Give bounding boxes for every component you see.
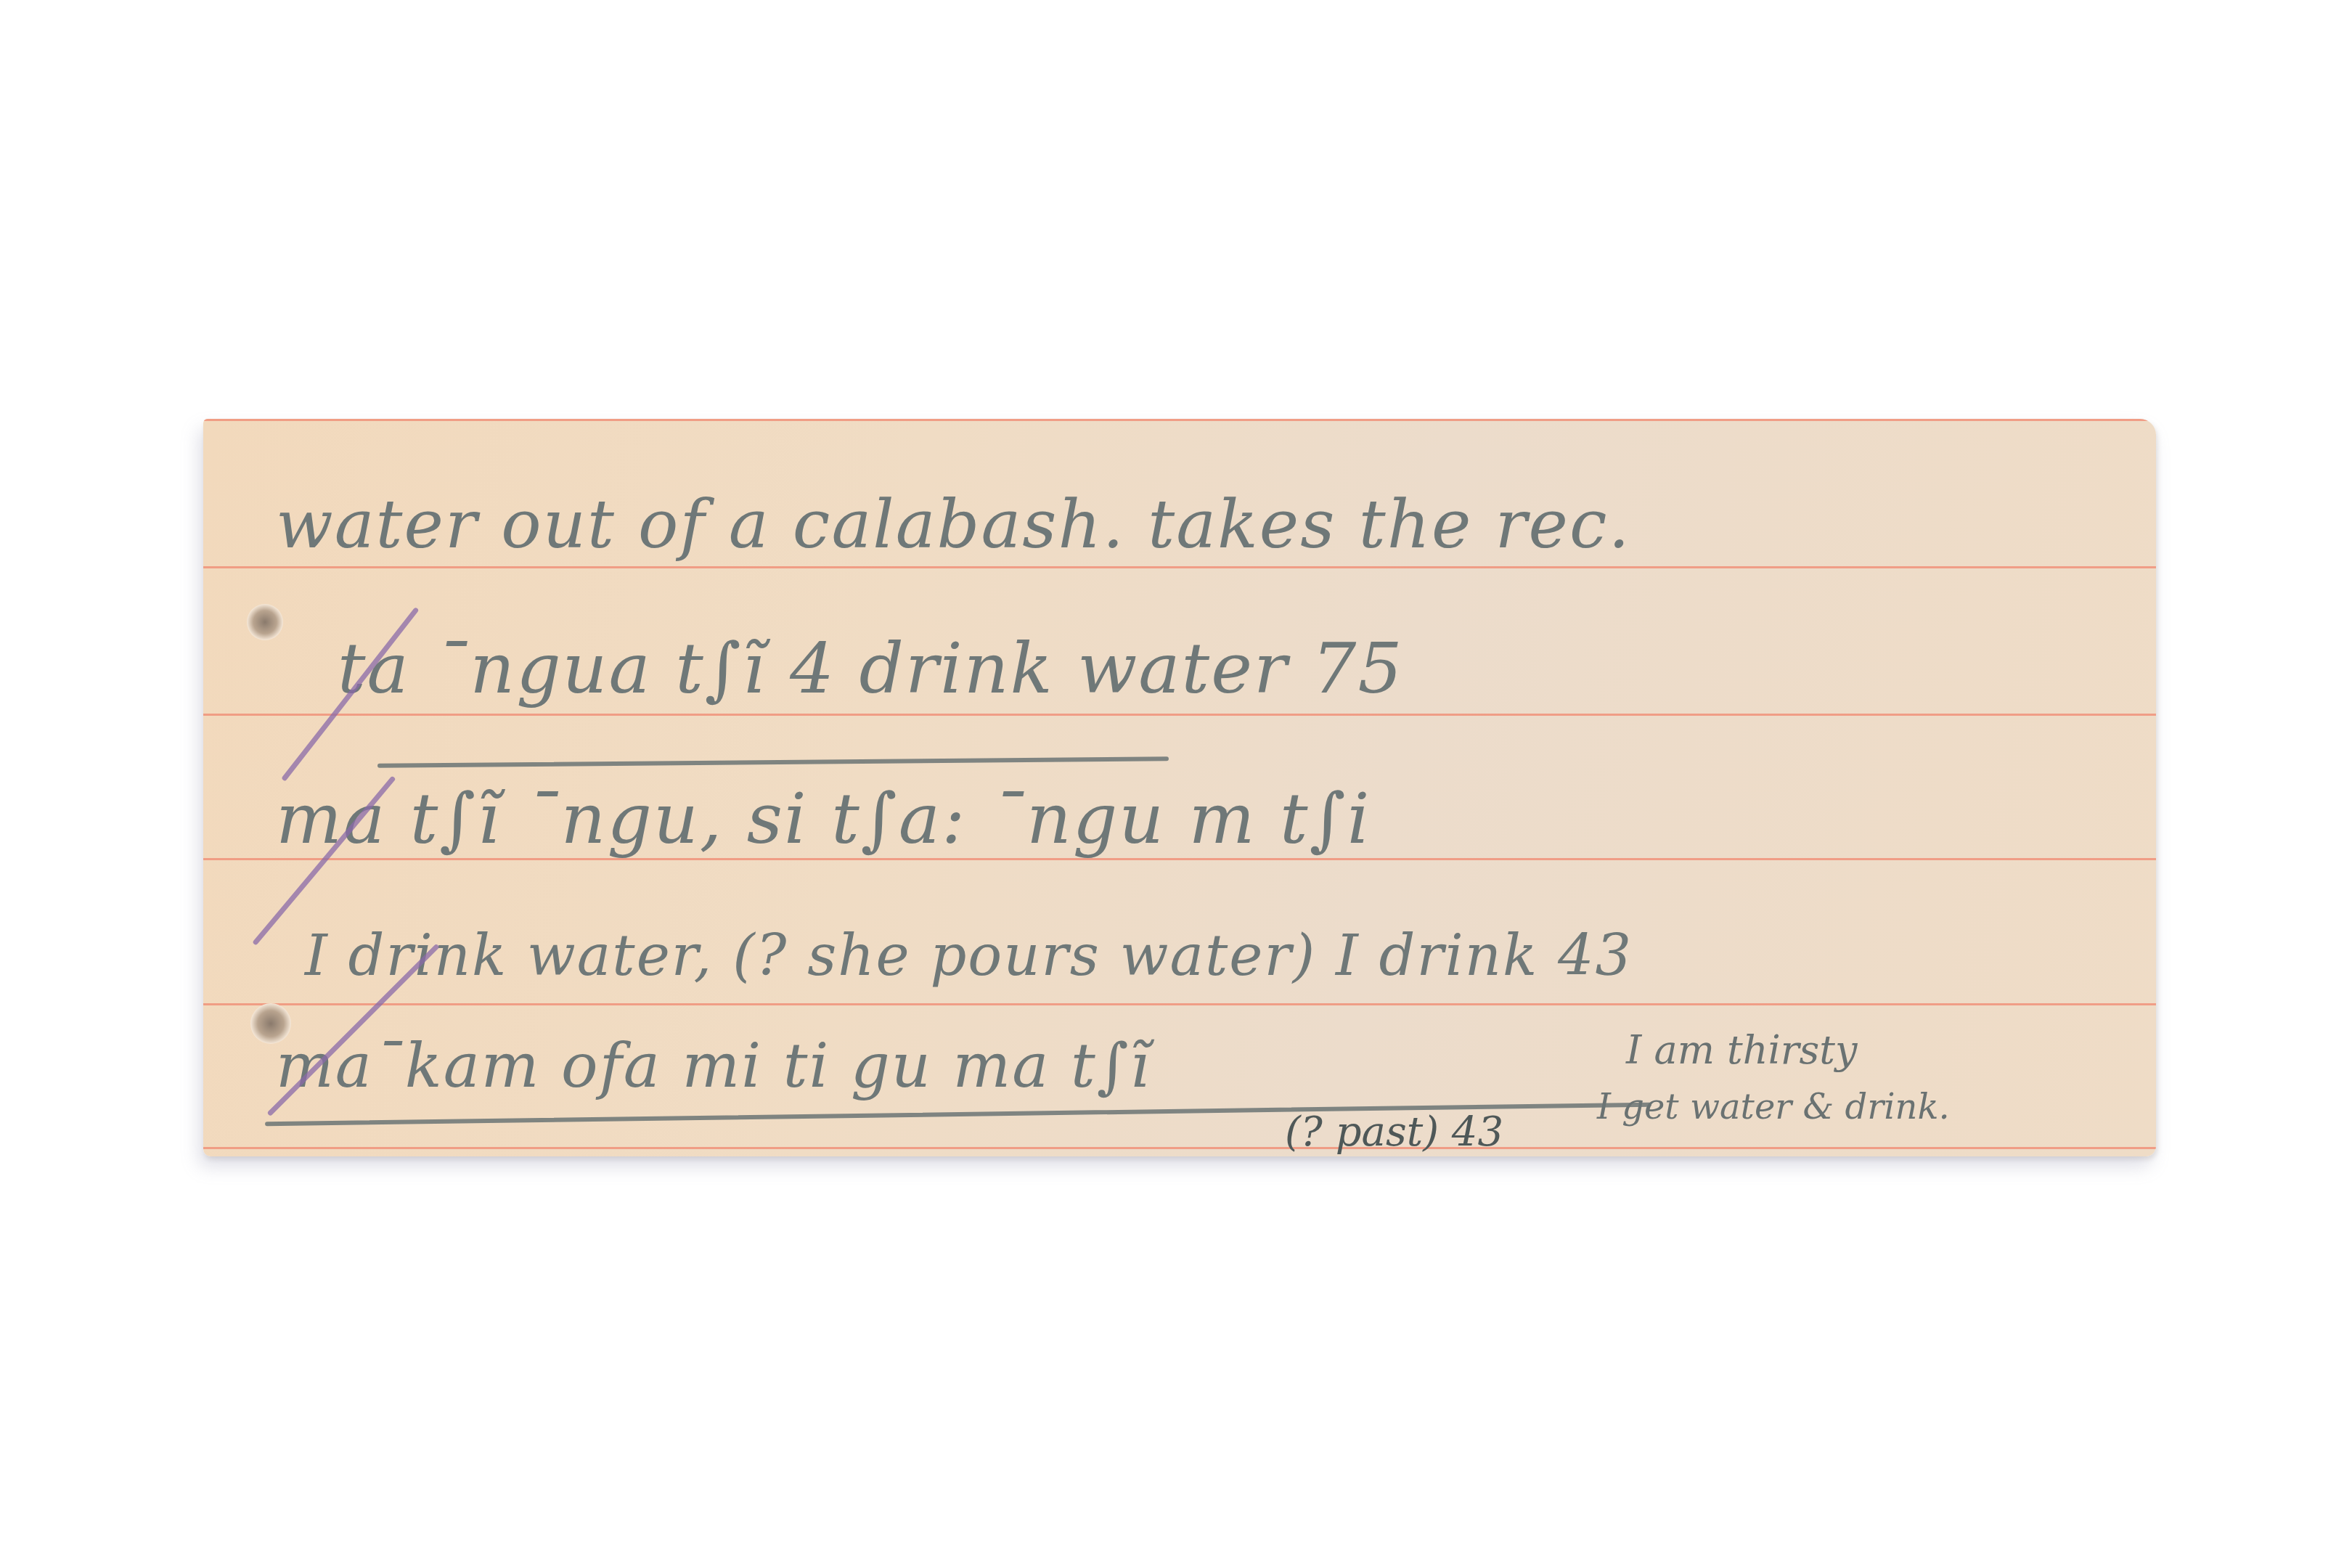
ruled-line <box>203 1147 2156 1149</box>
handwritten-line-1: water out of a calabash. takes the rec. <box>276 486 1631 563</box>
ruled-line <box>203 714 2156 716</box>
handwritten-line-3: ma t∫ĩ ¯ngu, si t∫a: ¯ngu m t∫i <box>276 778 1371 859</box>
handwritten-line-5: ma¯kam ofa mi ti gu ma t∫ĩ <box>276 1030 1151 1101</box>
underline-line-2 <box>377 756 1169 768</box>
index-card: water out of a calabash. takes the rec. … <box>203 419 2156 1156</box>
handwritten-line-2: ta ¯ngua t∫ĩ 4 drink water 75 <box>338 628 1404 709</box>
past-note: (? past) 43 <box>1285 1108 1503 1156</box>
punch-hole <box>247 604 283 640</box>
handwritten-line-4: I drink water, (? she pours water) I dri… <box>305 923 1633 989</box>
ruled-line <box>203 419 2156 421</box>
ruled-line <box>203 1003 2156 1005</box>
side-note-thirsty: I am thirsty <box>1626 1027 1858 1073</box>
ruled-line <box>203 566 2156 568</box>
side-note-get-water: I get water & drink. <box>1597 1087 1950 1127</box>
